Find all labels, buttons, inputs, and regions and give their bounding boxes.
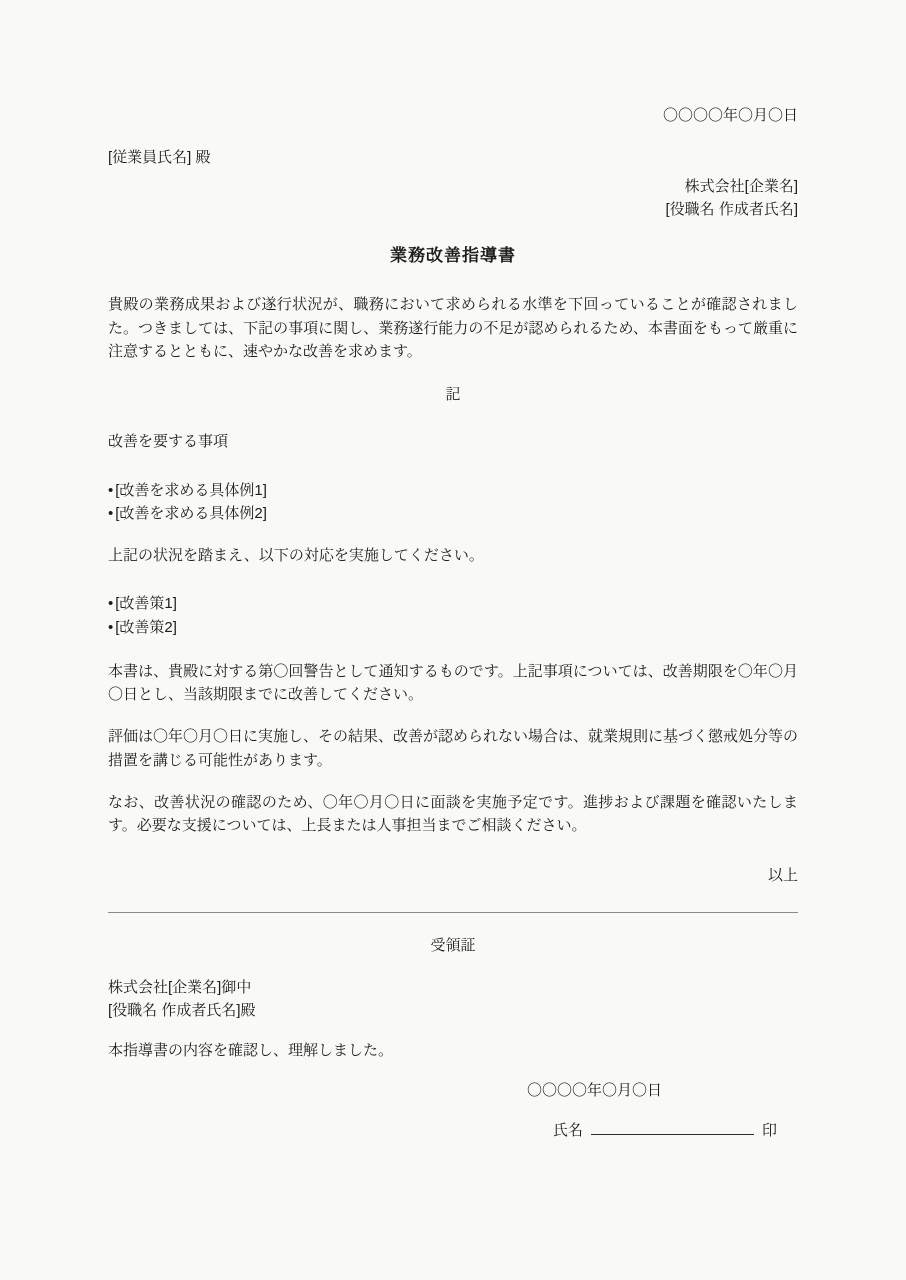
document-title: 業務改善指導書 — [108, 243, 798, 269]
sender-author: [役職名 作成者氏名] — [108, 198, 798, 221]
seal-label: 印 — [762, 1122, 777, 1139]
closing-marker: 以上 — [108, 864, 798, 887]
signature-row: 氏名印 — [108, 1119, 798, 1142]
improvement-items-list: [改善を求める具体例1][改善を求める具体例2] — [108, 479, 798, 526]
sender-company: 株式会社[企業名] — [108, 175, 798, 198]
list-item: [改善策1] — [108, 592, 798, 615]
recipient-name: [従業員氏名] 殿 — [108, 146, 798, 169]
receipt-title: 受領証 — [108, 934, 798, 957]
receipt-addressee-block: 株式会社[企業名]御中 [役職名 作成者氏名]殿 — [108, 976, 798, 1023]
actions-list: [改善策1][改善策2] — [108, 592, 798, 639]
receipt-addressee-person: [役職名 作成者氏名]殿 — [108, 999, 798, 1022]
sender-block: 株式会社[企業名] [役職名 作成者氏名] — [108, 175, 798, 222]
evaluation-paragraph: 評価は〇年〇月〇日に実施し、その結果、改善が認められない場合は、就業規則に基づく… — [108, 725, 798, 772]
receipt-addressee-company: 株式会社[企業名]御中 — [108, 976, 798, 999]
list-item: [改善を求める具体例1] — [108, 479, 798, 502]
ki-marker: 記 — [108, 383, 798, 406]
list-item: [改善策2] — [108, 616, 798, 639]
warning-paragraph: 本書は、貴殿に対する第〇回警告として通知するものです。上記事項については、改善期… — [108, 660, 798, 707]
signature-line — [591, 1119, 754, 1135]
interview-paragraph: なお、改善状況の確認のため、〇年〇月〇日に面談を実施予定です。進捗および課題を確… — [108, 791, 798, 838]
actions-lead: 上記の状況を踏まえ、以下の対応を実施してください。 — [108, 544, 798, 567]
receipt-acknowledgement: 本指導書の内容を確認し、理解しました。 — [108, 1039, 798, 1062]
intro-paragraph: 貴殿の業務成果および遂行状況が、職務において求められる水準を下回っていることが確… — [108, 293, 798, 363]
list-item: [改善を求める具体例2] — [108, 502, 798, 525]
receipt-divider — [108, 912, 798, 913]
document-date: 〇〇〇〇年〇月〇日 — [108, 104, 798, 127]
improvement-items-heading: 改善を要する事項 — [108, 430, 798, 453]
name-label: 氏名 — [553, 1122, 583, 1139]
receipt-date: 〇〇〇〇年〇月〇日 — [108, 1079, 798, 1102]
document-page: 〇〇〇〇年〇月〇日 [従業員氏名] 殿 株式会社[企業名] [役職名 作成者氏名… — [0, 0, 906, 1280]
